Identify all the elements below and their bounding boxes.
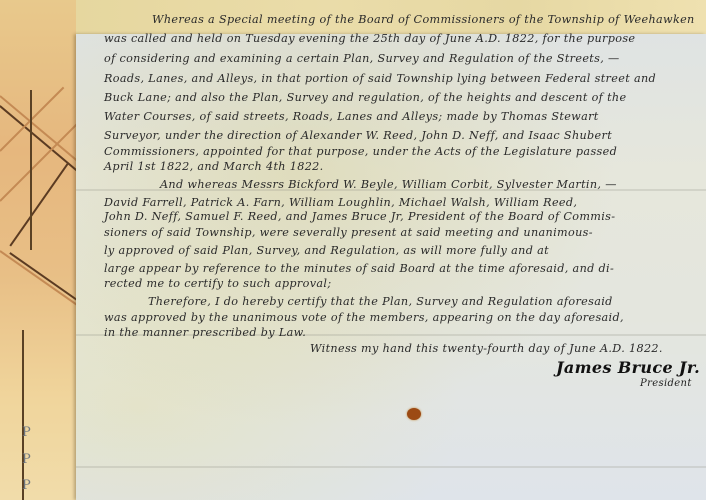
- text-line: David Farrell, Patrick A. Farn, William …: [104, 196, 577, 209]
- signature: James Bruce Jr.: [556, 358, 700, 377]
- text-line: was approved by the unanimous vote of th…: [104, 311, 624, 324]
- handwritten-text: Whereas a Special meeting of the Board o…: [0, 0, 706, 500]
- text-line: John D. Neff, Samuel F. Reed, and James …: [104, 210, 615, 223]
- text-line: Surveyor, under the direction of Alexand…: [104, 129, 612, 142]
- text-line: in the manner prescribed by Law.: [104, 326, 306, 339]
- text-line: sioners of said Township, were severally…: [104, 226, 593, 239]
- text-line: Roads, Lanes, and Alleys, in that portio…: [104, 72, 656, 85]
- text-line: Whereas a Special meeting of the Board o…: [152, 13, 695, 26]
- text-line: Water Courses, of said streets, Roads, L…: [104, 110, 599, 123]
- text-line: ly approved of said Plan, Survey, and Re…: [104, 244, 549, 257]
- signature-title: President: [640, 378, 692, 389]
- text-line: large appear by reference to the minutes…: [104, 262, 614, 275]
- rust-stain: [407, 408, 421, 420]
- text-line: of considering and examining a certain P…: [104, 52, 620, 65]
- text-line: And whereas Messrs Bickford W. Beyle, Wi…: [160, 178, 617, 191]
- text-line: rected me to certify to such approval;: [104, 277, 331, 290]
- text-line: was called and held on Tuesday evening t…: [104, 32, 635, 45]
- text-line: Witness my hand this twenty-fourth day o…: [310, 342, 663, 355]
- text-line: Therefore, I do hereby certify that the …: [148, 295, 613, 308]
- text-line: Buck Lane; and also the Plan, Survey and…: [104, 91, 626, 104]
- text-line: April 1st 1822, and March 4th 1822.: [104, 160, 324, 173]
- text-line: Commissioners, appointed for that purpos…: [104, 145, 617, 158]
